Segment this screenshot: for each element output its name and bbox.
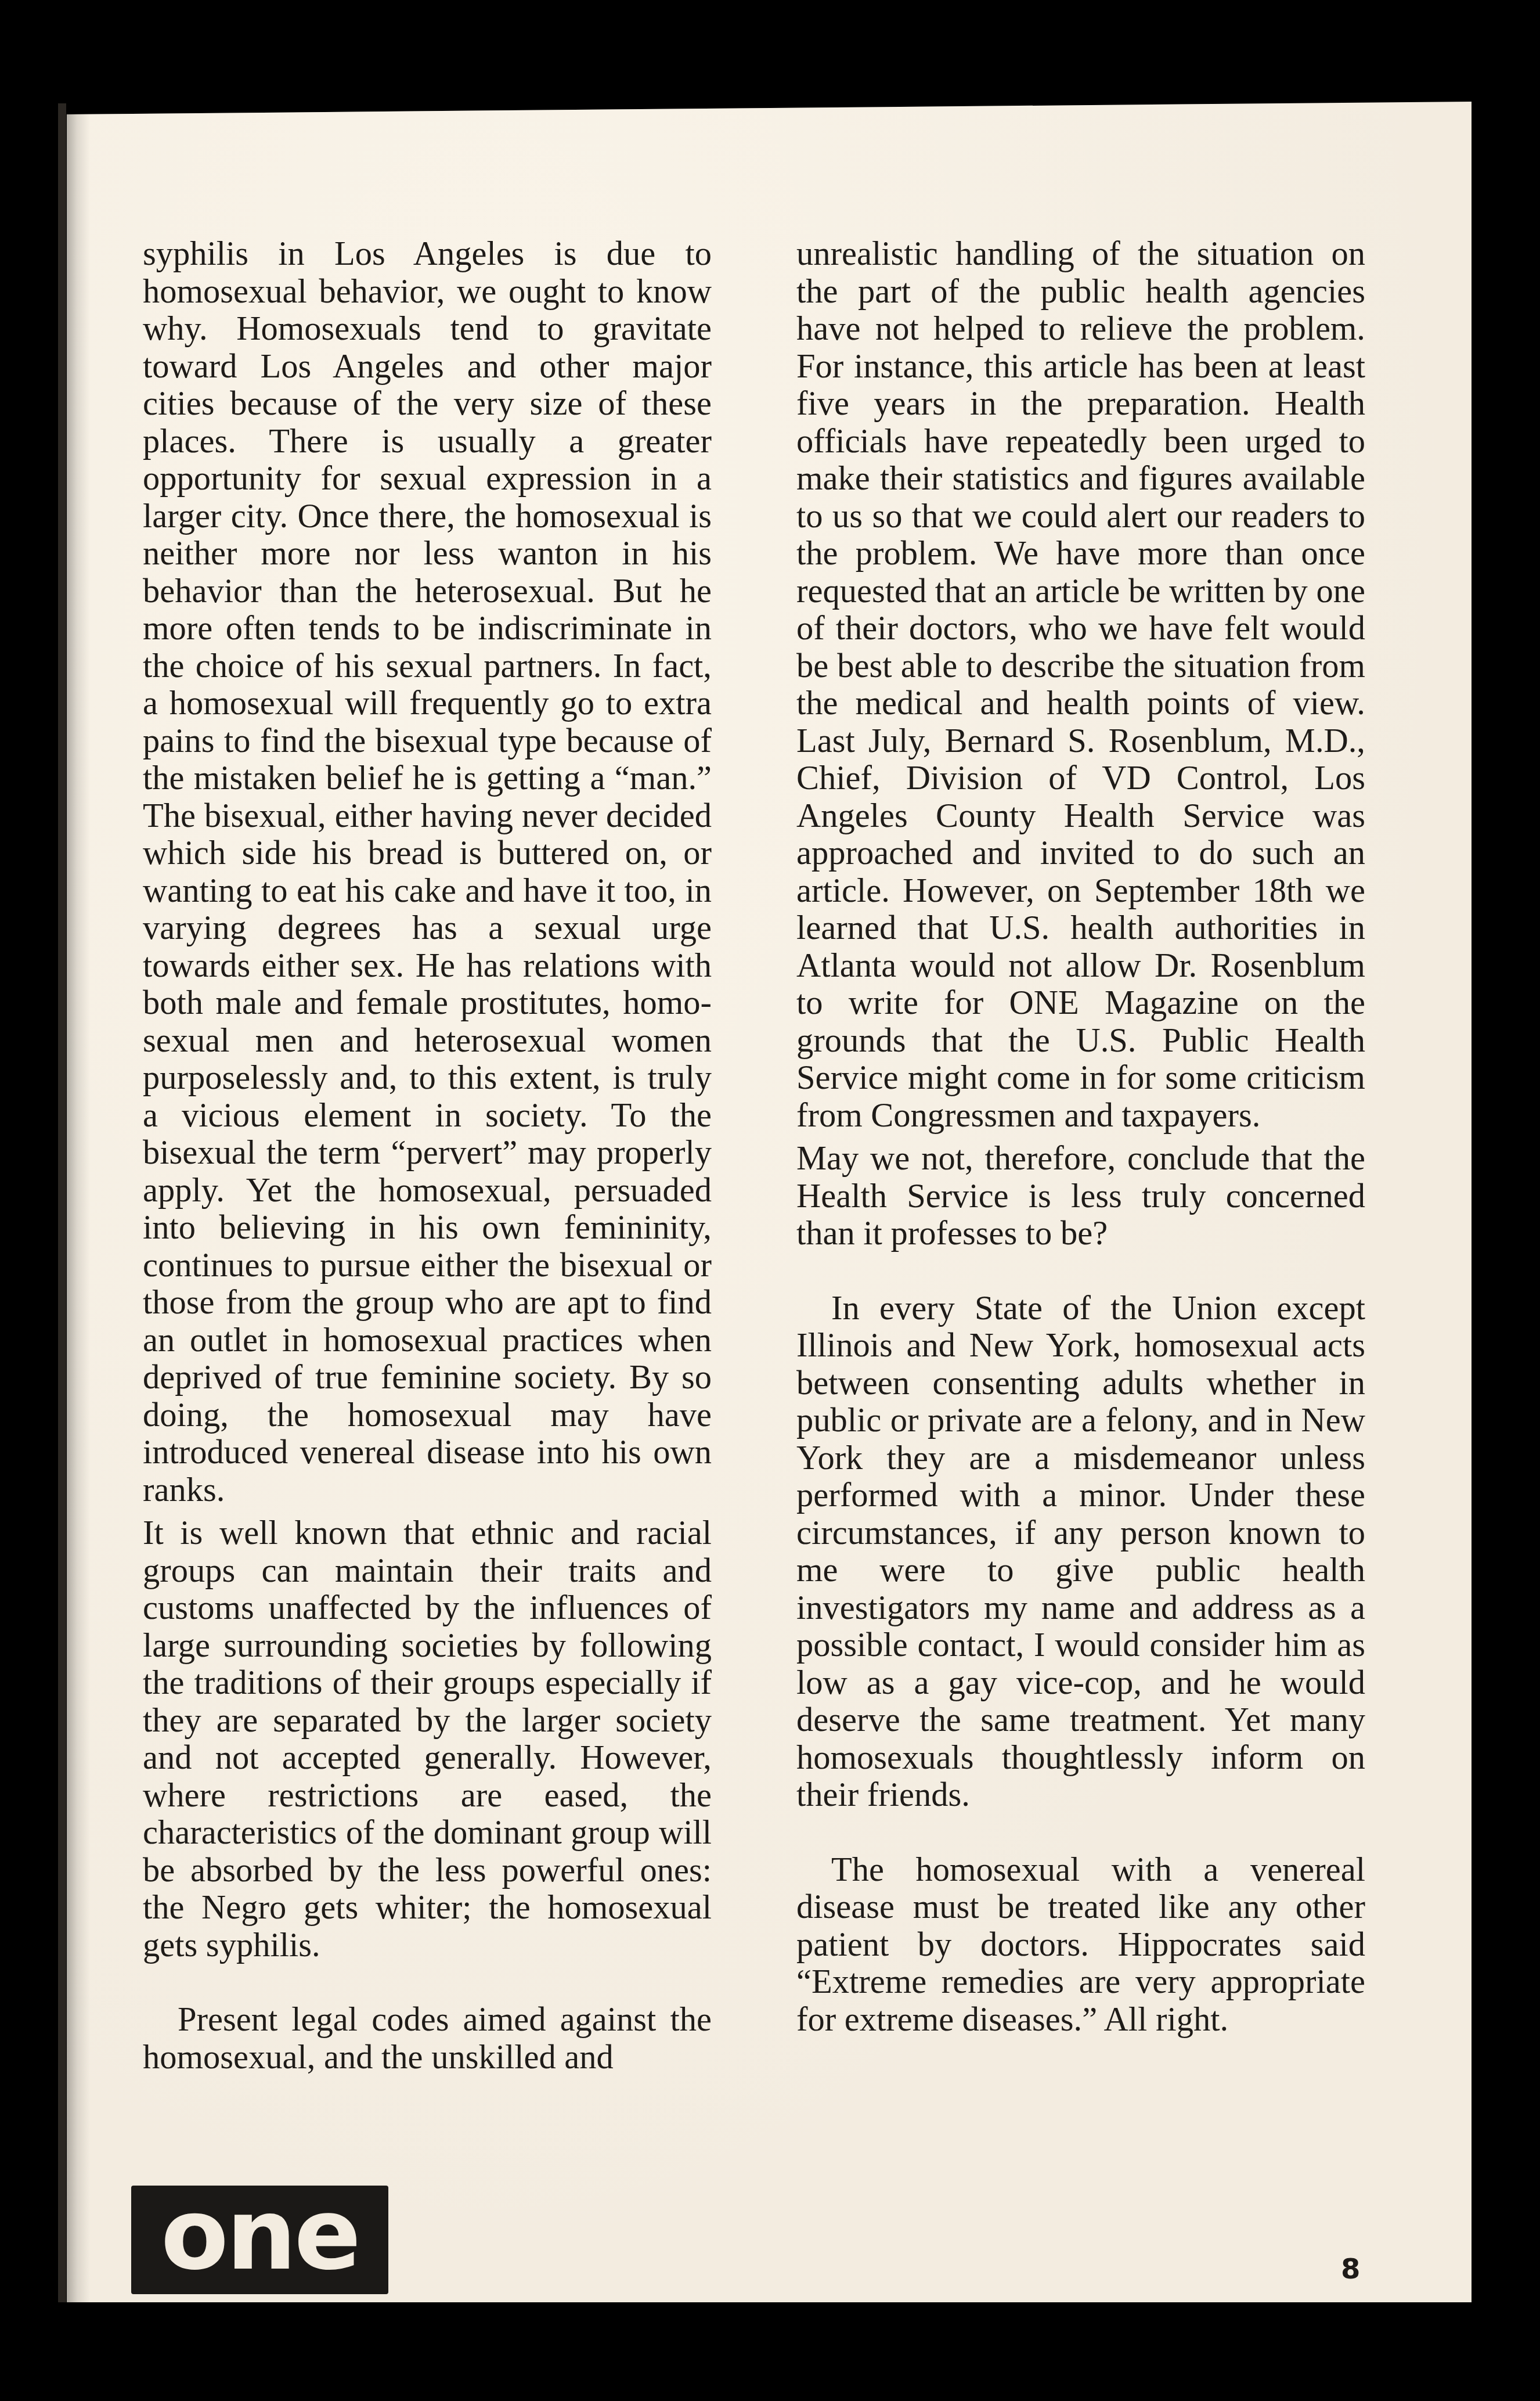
paragraph-right-1: unrealistic handling of the situation on… (796, 235, 1365, 1134)
paragraph-right-2: May we not, therefore, conclude that the… (796, 1140, 1365, 1252)
paragraph-left-2: It is well known that ethnic and racial … (143, 1514, 712, 1964)
paragraph-right-3: In every State of the Union except Illin… (796, 1290, 1365, 1814)
text-column-right: unrealistic handling of the situation on… (796, 235, 1365, 2038)
one-magazine-logo: one (131, 2186, 388, 2294)
text-column-left: syphilis in Los Angeles is due to homose… (143, 235, 712, 2076)
page-number: 8 (1341, 2253, 1360, 2285)
page-spine-edge (58, 103, 66, 2302)
logo-text: one (161, 2186, 359, 2284)
paragraph-left-1: syphilis in Los Angeles is due to homose… (143, 235, 712, 1509)
paragraph-left-3: Present legal codes aimed against the ho… (143, 2001, 712, 2076)
paragraph-right-4: The homosexual with a venereal disease m… (796, 1851, 1365, 2039)
